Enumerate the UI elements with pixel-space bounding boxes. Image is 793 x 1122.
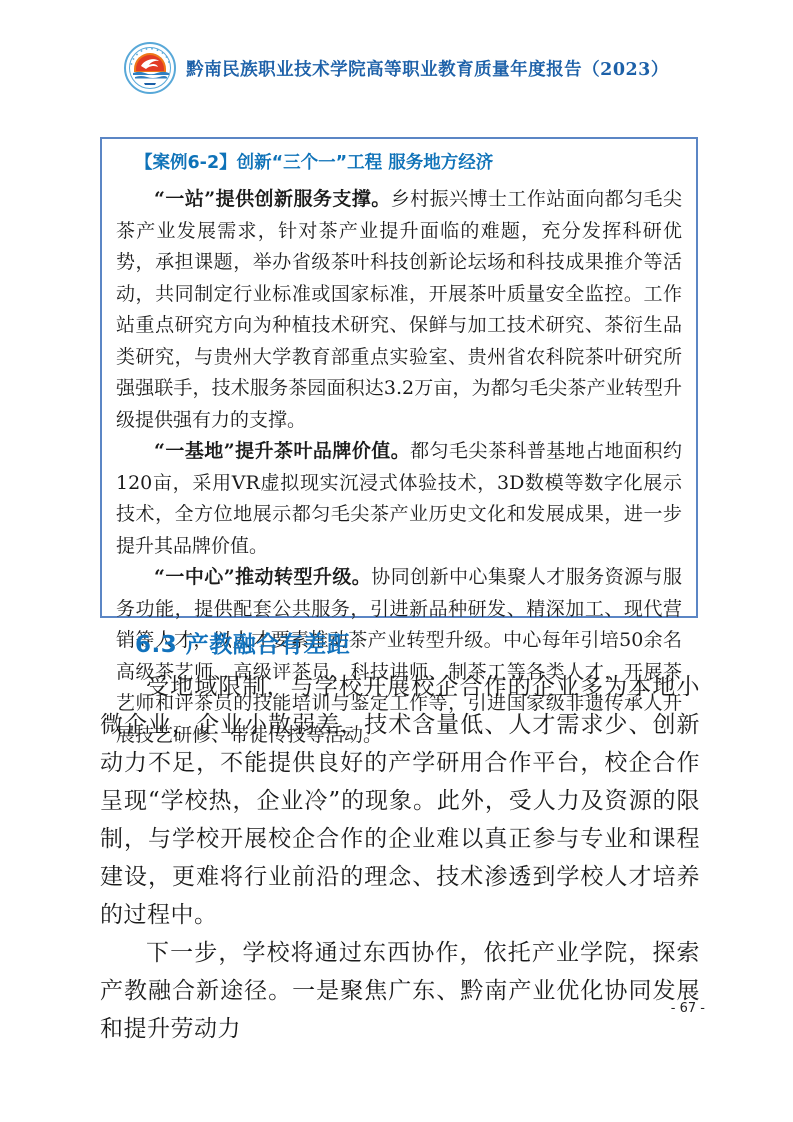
body-paragraph-2: 下一步，学校将通过东西协作，依托产业学院，探索产教融合新途径。一是聚焦广东、黔南…: [100, 934, 700, 1048]
case-paragraph-2: “一基地”提升茶叶品牌价值。都匀毛尖茶科普基地占地面积约120亩，采用VR虚拟现…: [116, 436, 682, 562]
document-page: 黔南民族职业技术学院高等职业教育质量年度报告（2023） 【案例6-2】创新“三…: [0, 0, 793, 1122]
page-header: 黔南民族职业技术学院高等职业教育质量年度报告（2023）: [0, 42, 793, 94]
page-number: - 67 -: [671, 1001, 705, 1016]
report-title: 黔南民族职业技术学院高等职业教育质量年度报告（2023）: [186, 56, 669, 81]
section-body: 受地域限制，与学校开展校企合作的企业多为本地小微企业，企业小散弱差，技术含量低、…: [100, 668, 700, 1048]
section-heading: 6.3 产教融合有差距: [135, 626, 350, 659]
school-emblem-icon: [124, 42, 176, 94]
case-paragraph-3-lead: “一中心”推动转型升级。: [154, 566, 371, 588]
case-box: 【案例6-2】创新“三个一”工程 服务地方经济 “一站”提供创新服务支撑。乡村振…: [100, 137, 698, 618]
case-paragraph-1: “一站”提供创新服务支撑。乡村振兴博士工作站面向都匀毛尖茶产业发展需求，针对茶产…: [116, 184, 682, 436]
case-box-title: 【案例6-2】创新“三个一”工程 服务地方经济: [116, 149, 682, 174]
body-paragraph-1: 受地域限制，与学校开展校企合作的企业多为本地小微企业，企业小散弱差，技术含量低、…: [100, 668, 700, 934]
case-paragraph-1-lead: “一站”提供创新服务支撑。: [154, 188, 391, 210]
case-paragraph-1-text: 乡村振兴博士工作站面向都匀毛尖茶产业发展需求，针对茶产业提升面临的难题，充分发挥…: [116, 188, 682, 431]
case-paragraph-2-lead: “一基地”提升茶叶品牌价值。: [154, 440, 410, 462]
